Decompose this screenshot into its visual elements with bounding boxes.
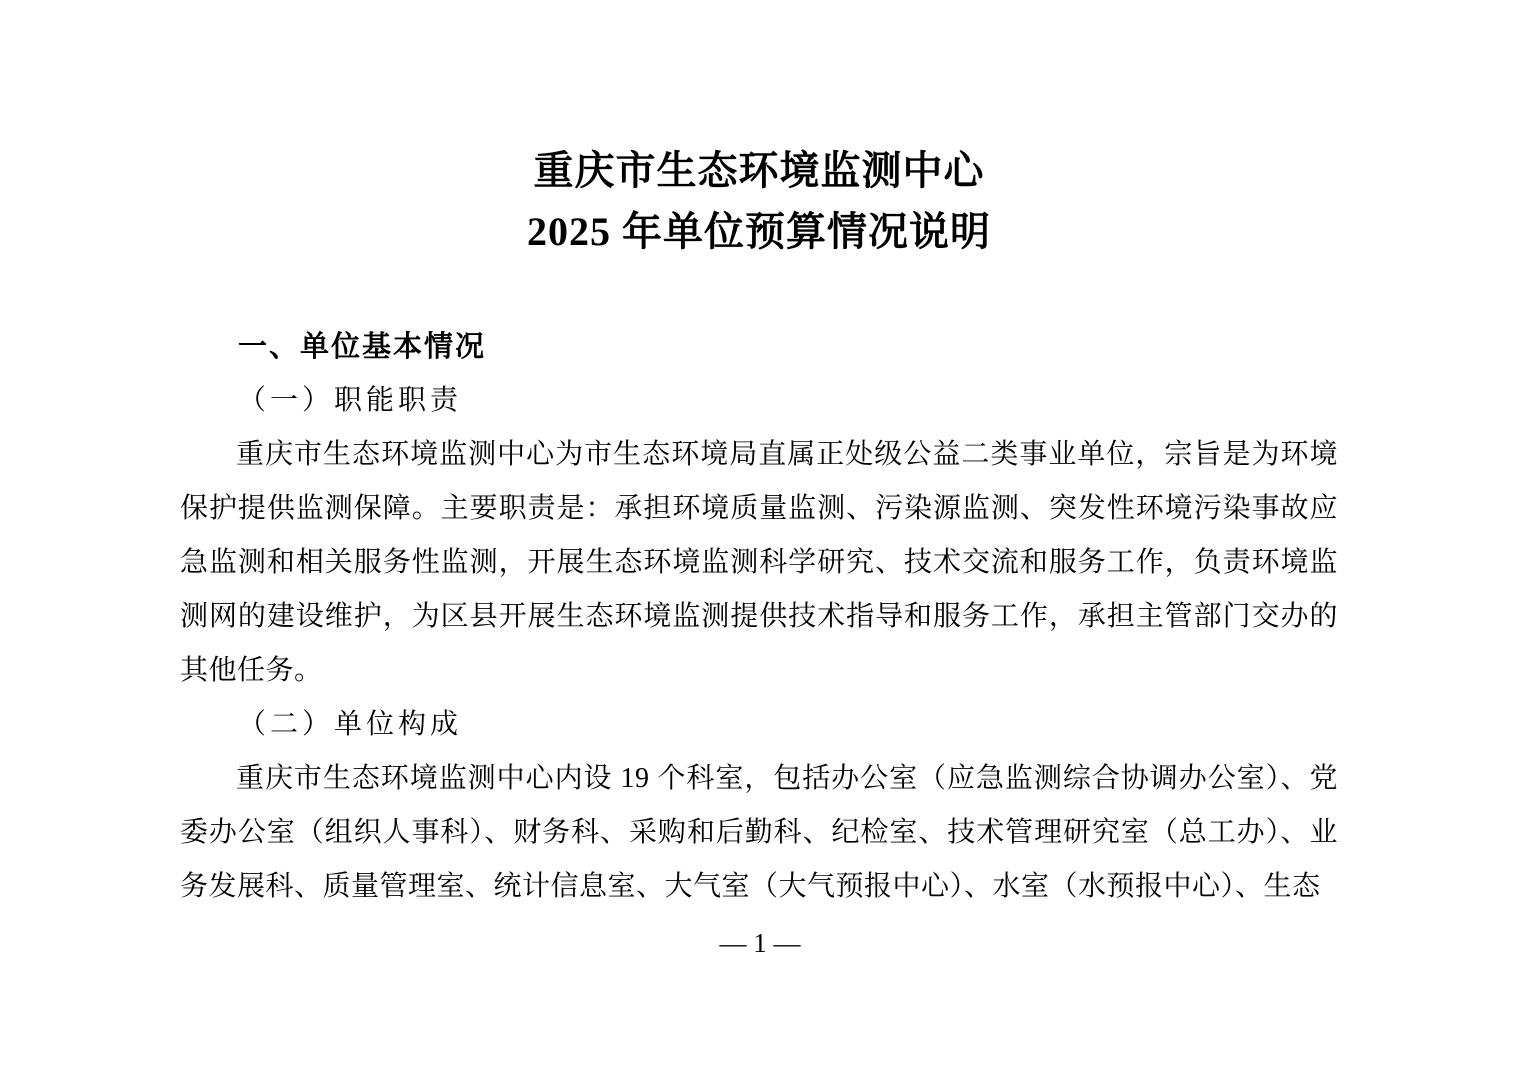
subsection-heading-functions: （一）职能职责: [180, 374, 1338, 428]
document-title-line2: 2025 年单位预算情况说明: [180, 201, 1338, 262]
document-title: 重庆市生态环境监测中心 2025 年单位预算情况说明: [180, 140, 1338, 262]
paragraph-functions: 重庆市生态环境监测中心为市生态环境局直属正处级公益二类事业单位，宗旨是为环境保护…: [180, 428, 1338, 698]
document-body: 一、单位基本情况 （一）职能职责 重庆市生态环境监测中心为市生态环境局直属正处级…: [180, 320, 1338, 914]
section-heading-basic-info: 一、单位基本情况: [180, 320, 1338, 374]
document-page: 重庆市生态环境监测中心 2025 年单位预算情况说明 一、单位基本情况 （一）职…: [0, 0, 1520, 1074]
subsection-heading-composition: （二）单位构成: [180, 698, 1338, 752]
document-text-column: 重庆市生态环境监测中心 2025 年单位预算情况说明 一、单位基本情况 （一）职…: [180, 0, 1338, 914]
document-title-line1: 重庆市生态环境监测中心: [180, 140, 1338, 201]
paragraph-composition: 重庆市生态环境监测中心内设 19 个科室，包括办公室（应急监测综合协调办公室）、…: [180, 752, 1338, 914]
page-number: — 1 —: [0, 928, 1520, 959]
